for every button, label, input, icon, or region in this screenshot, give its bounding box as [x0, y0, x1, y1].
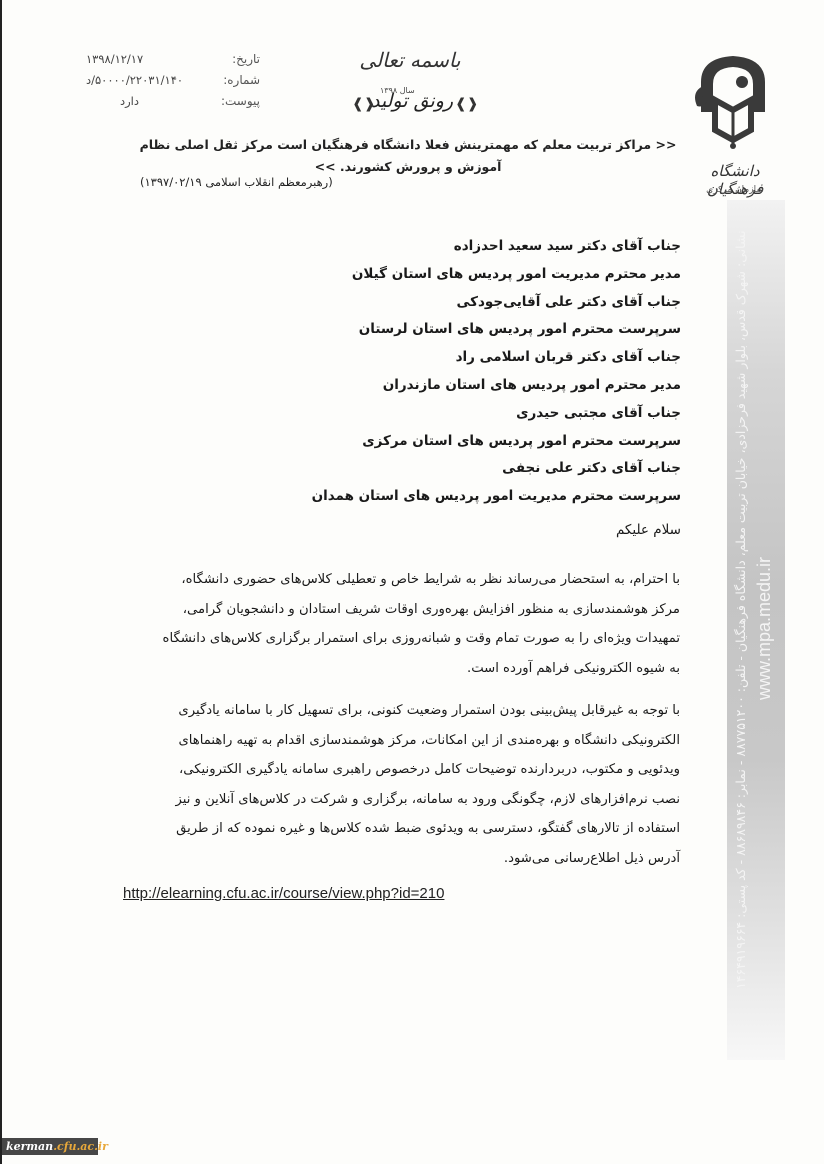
- address-vertical: نشانی: شهرک قدس، بلوار شهید فرحزادی، خیا…: [733, 230, 748, 800]
- letter-page: دانشگاه فرهنگیان سازمان مرکزی باسمه تعال…: [0, 0, 824, 1164]
- meta-attachment: پیوست: دارد: [80, 90, 260, 111]
- meta-date: تاریخ: ۱۳۹۸/۱۲/۱۷: [80, 48, 260, 69]
- recipient-line: جناب آقای دکتر سید سعید احدزاده: [312, 233, 681, 261]
- recipient-line: جناب آقای دکتر علی نجفی: [312, 455, 681, 483]
- basmala: باسمه تعالی: [355, 48, 465, 72]
- body-paragraph-2: با توجه به غیرقابل پیش‌بینی بودن استمرار…: [123, 696, 680, 873]
- elearning-link[interactable]: http://elearning.cfu.ac.ir/course/view.p…: [123, 885, 444, 902]
- recipients-list: جناب آقای دکتر سید سعید احدزاده مدیر محت…: [312, 233, 681, 511]
- website-vertical: www.mpa.medu.ir: [754, 520, 775, 700]
- letter-meta: تاریخ: ۱۳۹۸/۱۲/۱۷ شماره: ۵۰۰۰۰/۲۲۰۳۱/۱۴۰…: [80, 48, 260, 111]
- leader-quote: << مراکز تربیت معلم که مهمترینش فعلا دان…: [128, 134, 688, 178]
- ornament-right-icon: ❰❱: [455, 96, 478, 112]
- recipient-line: سرپرست محترم امور پردیس های استان مرکزی: [312, 428, 681, 456]
- recipient-line: مدیر محترم امور پردیس های استان مازندران: [312, 372, 681, 400]
- logo-subtitle: سازمان مرکزی: [700, 185, 770, 195]
- greeting: سلام علیکم: [616, 522, 681, 538]
- recipient-line: سرپرست محترم امور پردیس های استان لرستان: [312, 316, 681, 344]
- site-watermark-badge: kerman.cfu.ac.ir: [2, 1138, 98, 1155]
- scan-edge: [0, 0, 2, 1164]
- motto-year: سال ۱۳۹۸: [380, 86, 415, 95]
- body-paragraph-1: با احترام، به استحضار می‌رساند نظر به شر…: [123, 565, 680, 683]
- recipient-line: جناب آقای دکتر علی آقایی‌جودکی: [312, 289, 681, 317]
- recipient-line: مدیر محترم مدیریت امور پردیس های استان گ…: [312, 261, 681, 289]
- recipient-line: سرپرست محترم مدیریت امور پردیس های استان…: [312, 483, 681, 511]
- recipient-line: جناب آقای دکتر قربان اسلامی راد: [312, 344, 681, 372]
- recipient-line: جناب آقای مجتبی حیدری: [312, 400, 681, 428]
- quote-source: (رهبرمعظم انقلاب اسلامی ۱۳۹۷/۰۲/۱۹): [140, 175, 380, 189]
- university-logo-icon: [693, 52, 773, 152]
- meta-number: شماره: ۵۰۰۰۰/۲۲۰۳۱/۱۴۰/د: [80, 69, 260, 90]
